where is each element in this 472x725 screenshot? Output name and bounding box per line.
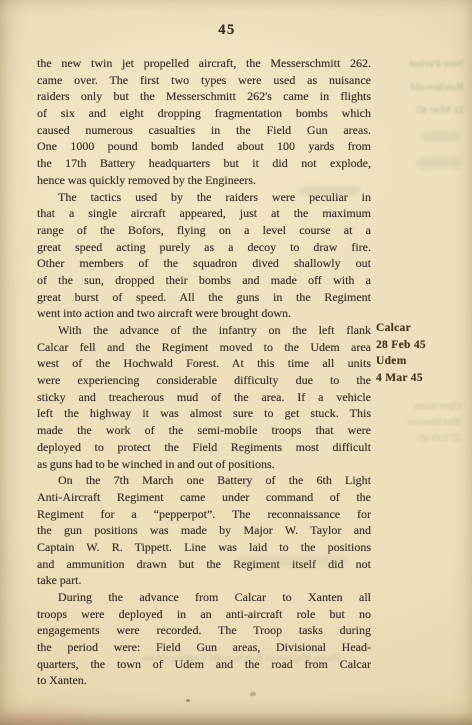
- scanned-book-page: 45 New PeriodReichswald11 Mar 45 the new…: [0, 0, 472, 725]
- text-line: One 1000 pound bomb landed about 100 yar…: [37, 138, 371, 155]
- text-line: left the highway it was almost sure to g…: [37, 405, 371, 422]
- text-line: the 17th Battery headquarters but it did…: [37, 155, 371, 172]
- text-line: Calcar fell and the Regiment moved to th…: [37, 339, 371, 356]
- page-edge-shadow: [0, 713, 472, 725]
- paper-speck: [249, 691, 256, 697]
- margin-note-line: 28 Feb 45: [376, 337, 468, 354]
- paper-speck: [186, 699, 190, 702]
- text-line: great burst of speed. All the guns in th…: [37, 289, 371, 306]
- bleed-through-smudge: [416, 157, 462, 169]
- text-line: went into action and two aircraft were b…: [37, 305, 371, 322]
- text-line: During the advance from Calcar to Xanten…: [37, 589, 371, 606]
- text-line: of six and eight dropping fragmentation …: [37, 105, 371, 122]
- text-line: hence was quickly removed by the Enginee…: [37, 172, 371, 189]
- bleed-through-smudge: [420, 131, 460, 142]
- text-line: Captain W. R. Tippett. Line was laid to …: [37, 539, 371, 556]
- text-line: to Xanten.: [37, 672, 371, 689]
- text-line: that a single aircraft appeared, just at…: [37, 205, 371, 222]
- margin-note-line: 4 Mar 45: [376, 370, 468, 387]
- bleed-through-line: 11 Mar 45: [376, 99, 464, 122]
- text-line: take part.: [37, 572, 371, 589]
- bleed-through-text-mid: OperationBlockbuster27 Feb 45: [377, 399, 461, 447]
- text-line: raiders only but the Messerschmitt 262's…: [37, 88, 371, 105]
- text-line: Regiment for a “pepperpot”. The reconnai…: [37, 506, 371, 523]
- margin-note-line: Calcar: [376, 320, 468, 337]
- bleed-through-line: Blockbuster: [377, 415, 461, 431]
- text-line: caused numerous casualties in the Field …: [37, 122, 371, 139]
- text-line: made the work of the semi-mobile troops …: [37, 422, 371, 439]
- text-line: of the sun, dropped their bombs and made…: [37, 272, 371, 289]
- text-line: as guns had to be winched in and out of …: [37, 456, 371, 473]
- text-line: deployed to protect the Field Regiments …: [37, 439, 371, 456]
- margin-note: Calcar28 Feb 45Udem4 Mar 45: [376, 320, 468, 387]
- text-line: came over. The first two types were used…: [37, 72, 371, 89]
- text-line: the period were: Field Gun areas, Divisi…: [37, 639, 371, 656]
- text-line: On the 7th March one Battery of the 6th …: [37, 472, 371, 489]
- paper-stain: [0, 703, 116, 725]
- text-line: engagements were recorded. The Troop tas…: [37, 622, 371, 639]
- text-line: the new twin jet propelled aircraft, the…: [37, 55, 371, 72]
- text-line: Anti-Aircraft Regiment came under comman…: [37, 489, 371, 506]
- text-line: west of the Hochwald Forest. At this tim…: [37, 355, 371, 372]
- bleed-through-line: Reichswald: [376, 76, 464, 99]
- text-line: the gun positions was made by Major W. T…: [37, 522, 371, 539]
- bleed-through-line: New Period: [376, 53, 464, 76]
- text-line: sticky and treacherous mud of the area. …: [37, 389, 371, 406]
- body-text: the new twin jet propelled aircraft, the…: [37, 55, 371, 689]
- page-number: 45: [0, 22, 454, 39]
- text-line: The tactics used by the raiders were pec…: [37, 189, 371, 206]
- text-line: Other members of the squadron dived shal…: [37, 255, 371, 272]
- text-line: were experiencing considerable difficult…: [37, 372, 371, 389]
- bleed-through-line: 27 Feb 45: [377, 431, 461, 447]
- text-line: great speed acting purely as a decoy to …: [37, 239, 371, 256]
- text-line: quarters, the town of Udem and the road …: [37, 656, 371, 673]
- text-line: range of the Bofors, flying on a level c…: [37, 222, 371, 239]
- text-line: troops were deployed in an anti-aircraft…: [37, 606, 371, 623]
- text-line: With the advance of the infantry on the …: [37, 322, 371, 339]
- margin-note-line: Udem: [376, 353, 468, 370]
- bleed-through-text-top: New PeriodReichswald11 Mar 45: [376, 53, 464, 122]
- text-line: and ammunition drawn but the Regiment it…: [37, 556, 371, 573]
- bleed-through-line: Operation: [377, 399, 461, 415]
